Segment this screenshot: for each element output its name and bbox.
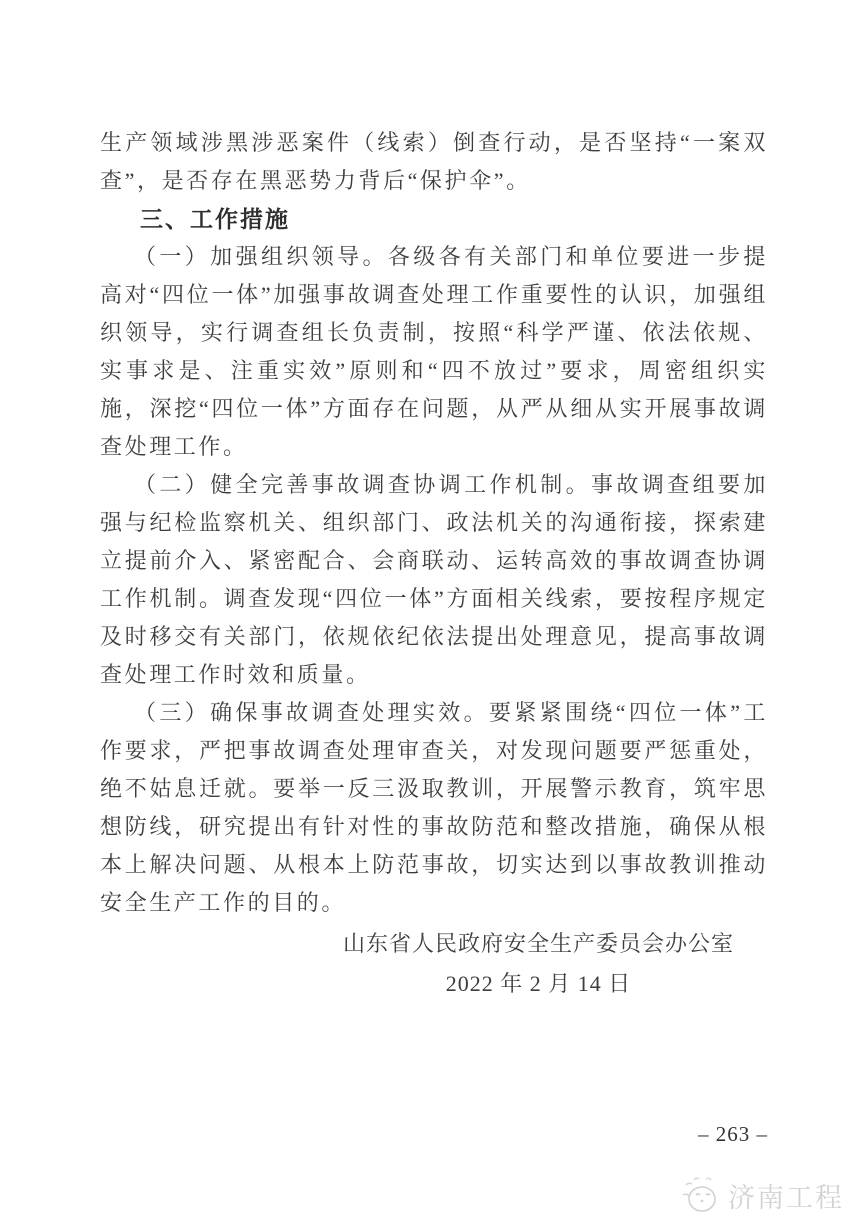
- signature-date: 2022 年 2 月 14 日: [343, 964, 734, 1004]
- watermark-mascot-icon: [678, 1175, 722, 1215]
- paragraph-measure-2: （二）健全完善事故调查协调工作机制。事故调查组要加强与纪检监察机关、组织部门、政…: [100, 466, 768, 694]
- signature-block: 山东省人民政府安全生产委员会办公室 2022 年 2 月 14 日: [343, 924, 734, 1004]
- watermark: 济南工程: [678, 1175, 844, 1215]
- paragraph-measure-3: （三）确保事故调查处理实效。要紧紧围绕“四位一体”工作要求，严把事故调查处理审查…: [100, 694, 768, 922]
- paragraph-continuation: 生产领域涉黑涉恶案件（线索）倒查行动，是否坚持“一案双查”，是否存在黑恶势力背后…: [100, 124, 768, 200]
- paragraph-measure-1: （一）加强组织领导。各级各有关部门和单位要进一步提高对“四位一体”加强事故调查处…: [100, 238, 768, 466]
- document-body: 生产领域涉黑涉恶案件（线索）倒查行动，是否坚持“一案双查”，是否存在黑恶势力背后…: [100, 124, 768, 1004]
- section-heading: 三、工作措施: [100, 200, 768, 238]
- document-page: 生产领域涉黑涉恶案件（线索）倒查行动，是否坚持“一案双查”，是否存在黑恶势力背后…: [0, 0, 856, 1225]
- page-number: – 263 –: [698, 1122, 768, 1147]
- watermark-text: 济南工程: [728, 1176, 844, 1215]
- signature-organization: 山东省人民政府安全生产委员会办公室: [343, 924, 734, 964]
